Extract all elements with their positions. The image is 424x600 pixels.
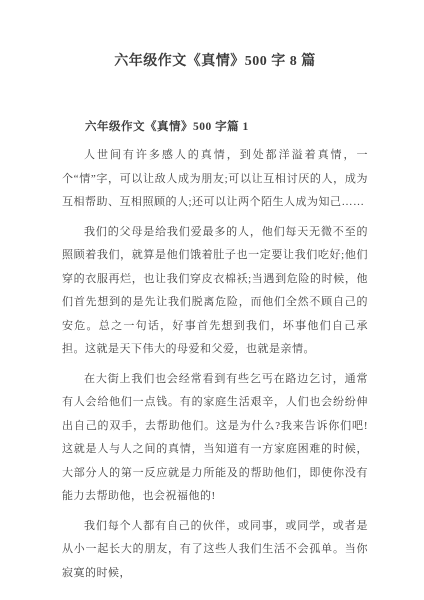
paragraph-3: 在大街上我们也会经常看到有些乞丐在路边乞讨，通常有人会给他们一点钱。有的家庭生活… <box>62 368 368 509</box>
paragraph-2: 我们的父母是给我们爱最多的人，他们每天无微不至的照顾着我们，就算是他们饿着肚子也… <box>62 221 368 362</box>
document-page: 六年级作文《真情》500 字 8 篇 六年级作文《真情》500 字篇 1 人世间… <box>0 0 424 600</box>
section-heading: 六年级作文《真情》500 字篇 1 <box>62 120 368 134</box>
document-title: 六年级作文《真情》500 字 8 篇 <box>62 0 368 72</box>
paragraph-1: 人世间有许多感人的真情，到处都洋溢着真情，一个“情”字，可以让敌人成为朋友;可以… <box>62 144 368 215</box>
paragraph-4: 我们每个人都有自己的伙伴，或同事，或同学，或者是从小一起长大的朋友，有了这些人我… <box>62 515 368 586</box>
